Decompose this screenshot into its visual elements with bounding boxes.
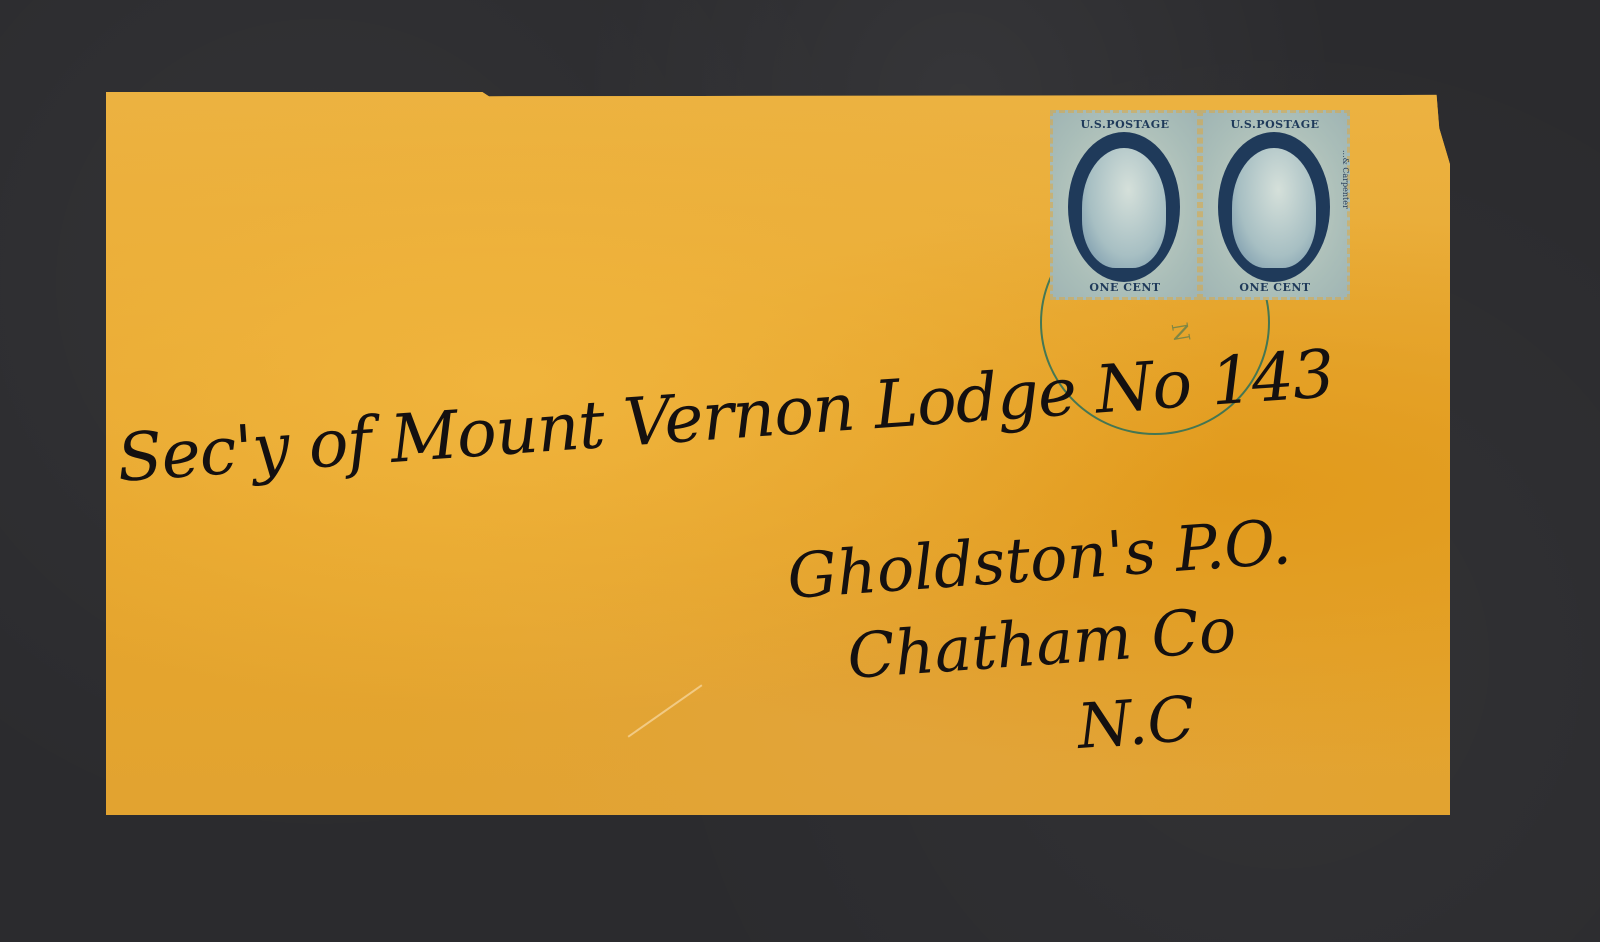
stamp-top-text: U.S.POSTAGE [1200, 118, 1350, 131]
stamp-right: U.S.POSTAGE ONE CENT [1200, 110, 1350, 300]
stamp-left: U.S.POSTAGE ONE CENT [1050, 110, 1200, 300]
stamp-denomination: ONE CENT [1050, 281, 1200, 294]
franklin-portrait-icon [1232, 148, 1316, 268]
stamp-top-text: U.S.POSTAGE [1050, 118, 1200, 131]
stamp-denomination: ONE CENT [1200, 281, 1350, 294]
address-line-state: N.C [1075, 682, 1197, 763]
franklin-portrait-icon [1082, 148, 1166, 268]
stamp-pair: U.S.POSTAGE ONE CENT U.S.POSTAGE ONE CEN… [1050, 110, 1350, 300]
printer-imprint: ...& Carpenter [1336, 150, 1350, 280]
